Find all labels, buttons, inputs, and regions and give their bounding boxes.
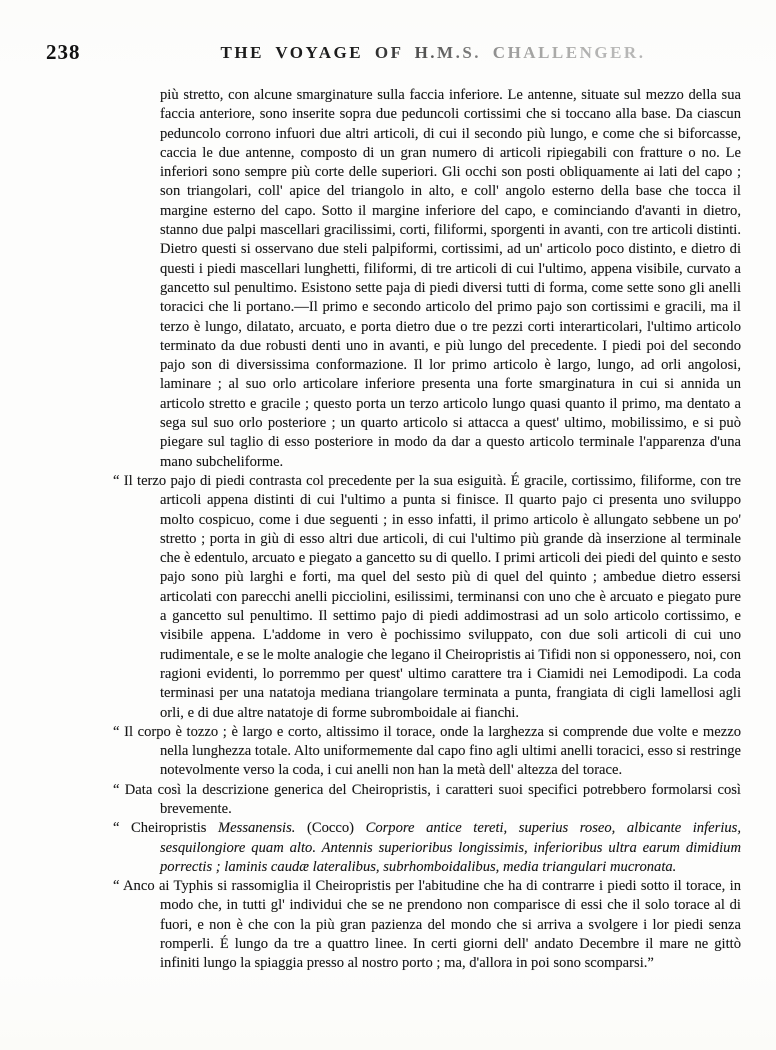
text-segment: “ Anco ai Typhis si rassomiglia il Cheir… (113, 878, 741, 971)
text-segment: “ Il corpo è tozzo ; è largo e corto, al… (113, 724, 741, 779)
text-segment: “ Data così la descrizione generica del … (113, 782, 741, 817)
italic-text-segment: Messanensis. (218, 820, 295, 836)
text-segment: (Cocco) (295, 820, 365, 836)
body-paragraph: “ Il terzo pajo di piedi contrasta col p… (113, 472, 741, 723)
body-paragraph: più stretto, con alcune smarginature sul… (113, 86, 741, 472)
page-number: 238 (46, 40, 81, 65)
text-segment: “ Il terzo pajo di piedi contrasta col p… (113, 473, 741, 721)
page-body: più stretto, con alcune smarginature sul… (113, 86, 741, 974)
body-paragraph: “ Cheiropristis Messanensis. (Cocco) Cor… (113, 819, 741, 877)
text-segment: “ Cheiropristis (113, 820, 218, 836)
body-paragraph: “ Il corpo è tozzo ; è largo e corto, al… (113, 723, 741, 781)
body-paragraph: “ Data così la descrizione generica del … (113, 781, 741, 820)
running-head-title: THE VOYAGE OF H.M.S. CHALLENGER. (133, 43, 733, 63)
text-segment: più stretto, con alcune smarginature sul… (160, 87, 741, 470)
scanned-book-page: 238 THE VOYAGE OF H.M.S. CHALLENGER. più… (0, 0, 776, 1050)
body-paragraph: “ Anco ai Typhis si rassomiglia il Cheir… (113, 877, 741, 973)
